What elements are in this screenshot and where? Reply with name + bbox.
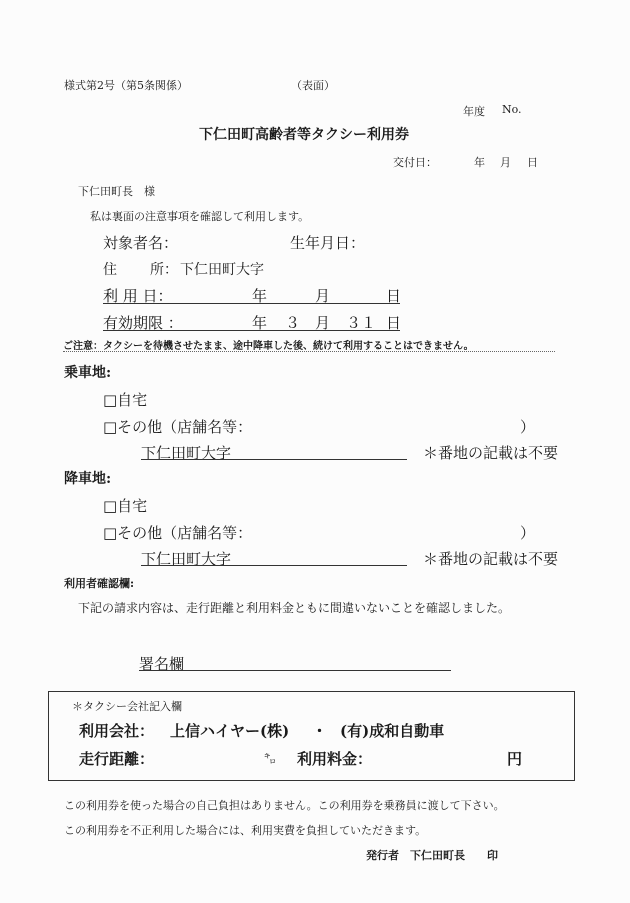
address-label-2: 所：: [150, 259, 178, 279]
pickup-close-paren: ）: [520, 416, 535, 437]
distance-label: 走行距離：: [79, 748, 154, 769]
target-name-label: 対象者名：: [103, 232, 178, 253]
use-date-underline: [103, 303, 400, 304]
notice: ご注意：タクシーを待機させたまま、途中降車した後、続けて利用することはできません…: [63, 337, 474, 352]
birthdate-label: 生年月日：: [290, 232, 365, 253]
side-label: （表面）: [291, 77, 335, 93]
notice-underline: [63, 351, 555, 352]
company-label: 利用会社：: [79, 720, 154, 741]
expiry-underline: [103, 330, 400, 331]
footer-line-2: この利用券を不正利用した場合には、利用実費を負担していただきます。: [64, 822, 426, 838]
dropoff-address-underline[interactable]: [141, 565, 407, 566]
number-label: No.: [502, 103, 522, 116]
fare-label: 利用料金：: [297, 748, 372, 769]
confirmation-text: 下記の請求内容は、走行距離と利用料金ともに間違いないことを確認しました。: [78, 599, 510, 616]
pickup-address-note: ＊番地の記載は不要: [423, 442, 558, 463]
footer-line-1: この利用券を使った場合の自己負担はありません。この利用券を乗務員に渡して下さい。: [64, 797, 505, 813]
signature-line[interactable]: [139, 670, 451, 671]
taxi-box-heading: ＊タクシー会社記入欄: [72, 698, 182, 714]
dropoff-close-paren: ）: [520, 522, 535, 543]
issue-date-year: 年: [474, 154, 485, 170]
address-label-1: 住: [103, 259, 117, 279]
company-option-1[interactable]: 上信ハイヤー(株): [170, 720, 289, 741]
distance-unit: ㌔: [264, 750, 276, 767]
declaration: 私は裏面の注意事項を確認して利用します。: [90, 208, 309, 224]
company-separator: ・: [312, 720, 327, 741]
pickup-address-underline[interactable]: [141, 459, 407, 460]
form-number: 様式第2号（第5条関係）: [64, 77, 188, 93]
pickup-heading: 乗車地:: [64, 362, 111, 382]
dropoff-heading: 降車地:: [64, 468, 111, 488]
issue-date-month: 月: [500, 154, 511, 170]
fiscal-year-label: 年度: [463, 103, 485, 119]
addressee: 下仁田町長 様: [78, 183, 155, 199]
issue-date-day: 日: [527, 154, 538, 170]
dropoff-address-note: ＊番地の記載は不要: [423, 548, 558, 569]
confirmation-heading: 利用者確認欄:: [64, 575, 134, 591]
address-value: 下仁田町大字: [180, 259, 264, 279]
dropoff-option-other[interactable]: □その他（店舗名等：: [103, 522, 252, 543]
pickup-option-home[interactable]: □自宅: [103, 389, 147, 410]
page-title: 下仁田町高齢者等タクシー利用券: [199, 124, 409, 144]
dropoff-option-home[interactable]: □自宅: [103, 495, 147, 516]
issue-date-label: 交付日：: [393, 154, 437, 170]
issuer: 発行者 下仁田町長 印: [366, 847, 498, 863]
company-option-2[interactable]: (有)成和自動車: [340, 720, 444, 741]
pickup-option-other[interactable]: □その他（店舗名等：: [103, 416, 252, 437]
fare-unit: 円: [507, 748, 522, 769]
